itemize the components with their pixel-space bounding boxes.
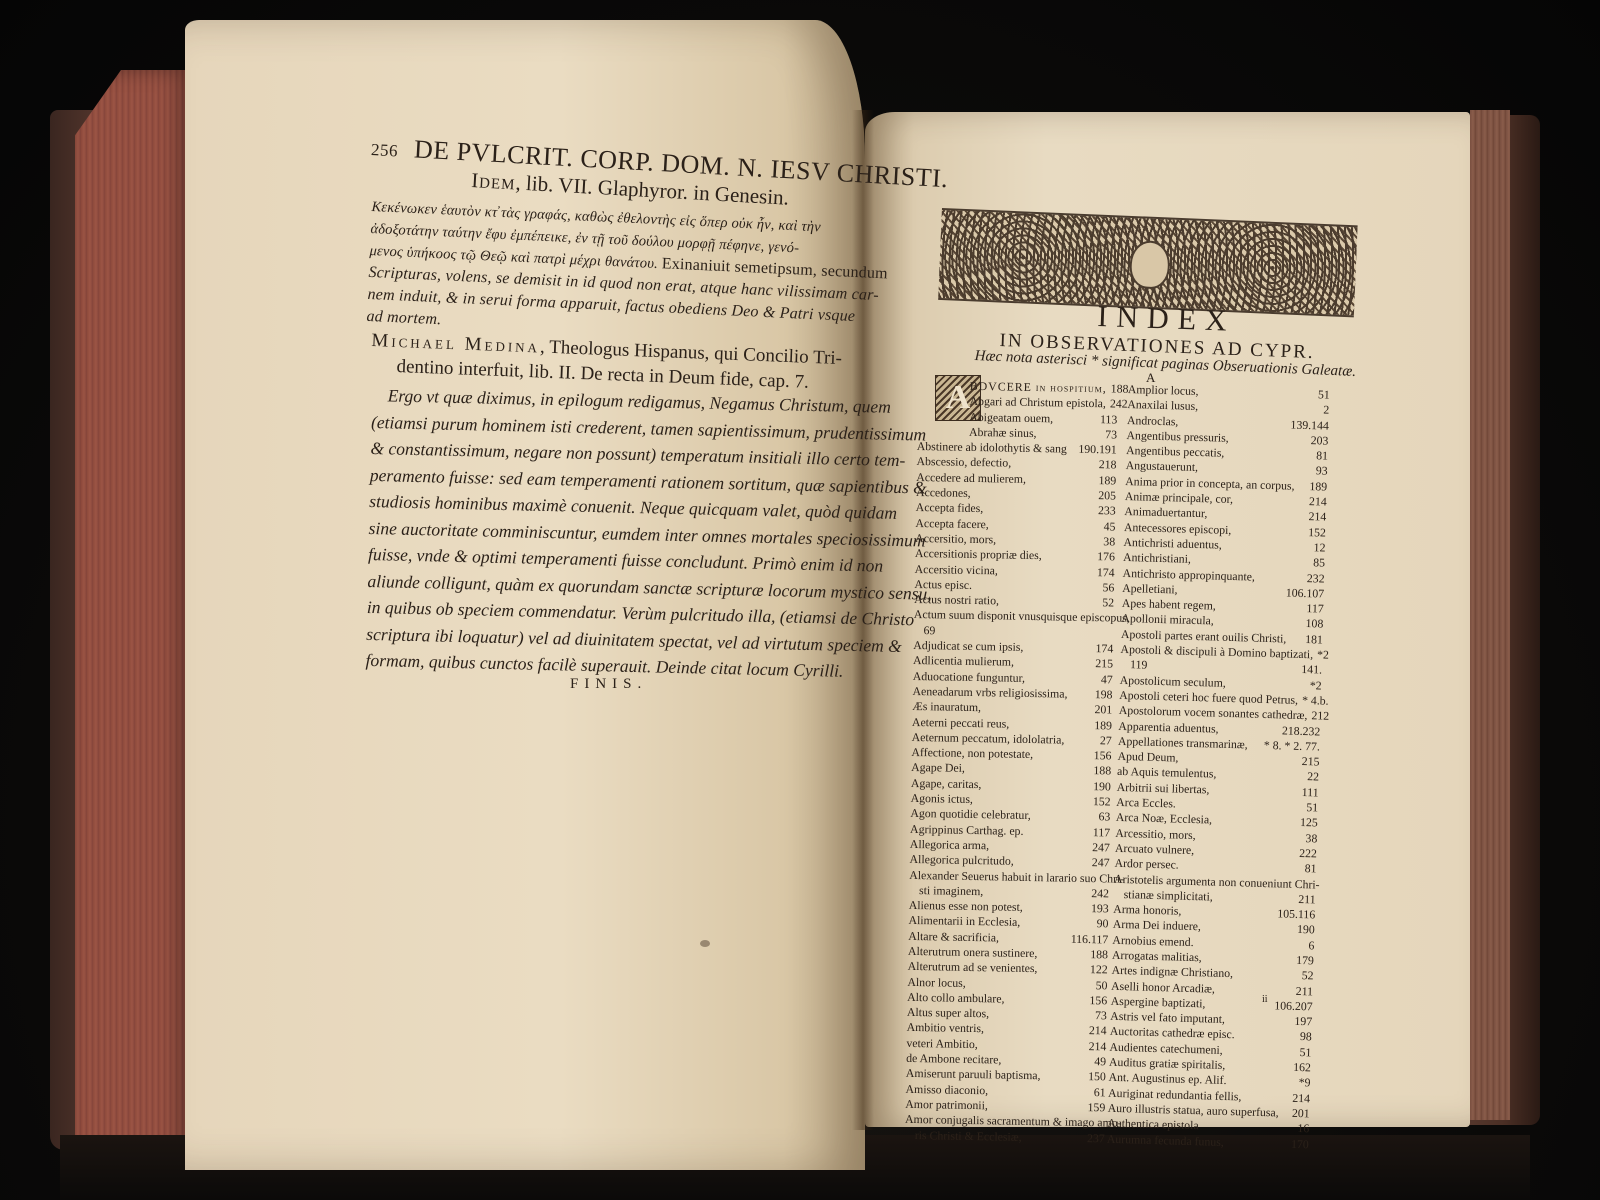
- index-page-ref: 218.232: [1278, 723, 1321, 739]
- index-term: Alto collo ambulare,: [907, 990, 1005, 1007]
- index-page-ref: 117: [1089, 825, 1111, 841]
- index-page-ref: 212: [1307, 708, 1329, 724]
- index-page-ref: 73: [1091, 1008, 1107, 1024]
- index-page-ref: 189: [1090, 718, 1112, 734]
- index-page-ref: 215: [1298, 754, 1320, 770]
- index-page-ref: 6: [1304, 938, 1314, 954]
- index-page-ref: 105.116: [1273, 906, 1315, 922]
- paper-stain: [700, 940, 710, 947]
- index-page-ref: 218: [1095, 458, 1117, 474]
- index-page-ref: 12: [1309, 540, 1325, 556]
- index-page-ref: 81: [1300, 861, 1316, 877]
- index-page-ref: 152: [1089, 794, 1111, 810]
- index-term: veteri Ambitio,: [906, 1036, 978, 1053]
- index-page-ref: 232: [1303, 571, 1325, 587]
- index-page-ref: 205: [1094, 488, 1116, 504]
- index-page-ref: 190.191: [1074, 442, 1117, 458]
- index-page-ref: 38: [1099, 534, 1115, 550]
- index-page-ref: 117: [1302, 601, 1324, 617]
- index-term: Androclas,: [1127, 413, 1179, 430]
- index-page-ref: 51: [1295, 1045, 1311, 1061]
- index-page-ref: 174: [1091, 641, 1113, 657]
- index-term: Arca Eccles.: [1116, 795, 1176, 812]
- index-page-ref: 113: [1096, 412, 1118, 428]
- index-page-ref: 139.144: [1286, 417, 1329, 433]
- index-page-ref: 188: [1107, 381, 1129, 397]
- index-term: Amisso diaconio,: [905, 1082, 988, 1099]
- index-page-ref: 81: [1312, 448, 1328, 464]
- index-page-ref: 90: [1093, 917, 1109, 933]
- page-edges-right: [1470, 110, 1510, 1120]
- index-page-ref: *2: [1306, 678, 1322, 694]
- index-term: Adlicentia mulierum,: [913, 653, 1014, 670]
- index-page-ref: 222: [1295, 846, 1317, 862]
- index-term: Apud Deum,: [1117, 749, 1178, 766]
- index-term: Ambitio ventris,: [907, 1020, 985, 1037]
- index-page-ref: 190: [1089, 779, 1111, 795]
- index-page-ref: 189: [1305, 479, 1327, 495]
- page-edges-left: [75, 70, 190, 1160]
- index-page-ref: 233: [1094, 503, 1116, 519]
- index-page-ref: 179: [1292, 953, 1314, 969]
- index-page-ref: 247: [1088, 855, 1110, 871]
- index-term: Alnor locus,: [907, 974, 966, 990]
- index-page-ref: 215: [1091, 656, 1113, 672]
- index-page-ref: 106.207: [1270, 998, 1313, 1014]
- index-page-ref: 176: [1093, 549, 1115, 565]
- index-page-ref: 159: [1083, 1100, 1105, 1116]
- index-term: 69: [913, 623, 935, 639]
- index-term: Accepta facere,: [915, 516, 989, 533]
- index-page-ref: [1319, 877, 1323, 892]
- index-term: Accersitio vicina,: [915, 562, 998, 579]
- index-page-ref: 193: [1087, 901, 1109, 917]
- index-column-left: BDVCERE in hospitium,188Abgari ad Christ…: [905, 378, 1118, 1146]
- index-page-ref: 106.107: [1282, 585, 1325, 601]
- index-page-ref: 247: [1088, 840, 1110, 856]
- index-page-ref: 189: [1094, 473, 1116, 489]
- index-page-ref: 242: [1106, 397, 1128, 413]
- index-term: Abscessio, defectio,: [916, 454, 1011, 471]
- page-number: 256: [370, 140, 398, 160]
- index-page-ref: 116.117: [1067, 931, 1109, 947]
- index-page-ref: 51: [1302, 800, 1318, 816]
- greek-passage: Κεκένωκεν ἑαυτὸν κτ̓ τὰς γραφάς, καθὼς ἐ…: [366, 196, 822, 348]
- ergo-passage: Ergo vt quæ diximus, in epilogum redigam…: [365, 382, 821, 684]
- index-page-ref: 162: [1289, 1060, 1311, 1076]
- index-term: sti imaginem,: [909, 883, 983, 900]
- index-page-ref: 201: [1090, 702, 1112, 718]
- index-term: Agonis ictus,: [911, 791, 974, 807]
- index-page-ref: * 4.b.: [1298, 693, 1329, 709]
- index-term: Ardor persec.: [1114, 856, 1179, 873]
- index-page-ref: 188: [1089, 763, 1111, 779]
- index-page-ref: 150: [1084, 1069, 1106, 1085]
- index-term: ris Christi & Ecclesiæ,: [905, 1127, 1022, 1144]
- index-page-ref: 188: [1086, 947, 1108, 963]
- index-term: Actus nostri ratio,: [914, 592, 999, 609]
- index-page-ref: 56: [1098, 580, 1114, 596]
- index-page-ref: 170: [1287, 1136, 1309, 1152]
- index-page-ref: 52: [1297, 968, 1313, 984]
- index-term: Agape, caritas,: [911, 776, 982, 793]
- index-page-ref: 214: [1304, 509, 1326, 525]
- index-page-ref: 45: [1100, 519, 1116, 535]
- index-term: Aurumna fecunda funus,: [1107, 1131, 1224, 1150]
- index-page-ref: 49: [1090, 1054, 1106, 1070]
- index-page-ref: 22: [1303, 769, 1319, 785]
- index-page-ref: 73: [1101, 427, 1117, 443]
- index-page-ref: 61: [1090, 1085, 1106, 1101]
- index-page-ref: 214: [1085, 1039, 1107, 1055]
- index-page-ref: 211: [1294, 892, 1316, 908]
- headpiece-face-icon: [1129, 240, 1171, 290]
- index-page-ref: 214: [1085, 1023, 1107, 1039]
- subhead-author: Idem: [471, 168, 517, 194]
- index-page-ref: 181: [1301, 632, 1323, 648]
- index-page-ref: [1109, 626, 1113, 641]
- index-term: Accepta fides,: [916, 500, 984, 516]
- index-term: Aeterni peccati reus,: [912, 714, 1010, 731]
- index-title: INDEX: [1097, 300, 1236, 339]
- index-term: Æs inauratum,: [912, 699, 981, 715]
- index-page-ref: 122: [1086, 962, 1108, 978]
- index-page-ref: 108: [1301, 616, 1323, 632]
- index-page-ref: 125: [1296, 815, 1318, 831]
- index-page-ref: 214: [1305, 494, 1327, 510]
- index-page-ref: 141.: [1297, 662, 1322, 678]
- index-page-ref: 214: [1288, 1090, 1310, 1106]
- index-page-ref: 50: [1091, 978, 1107, 994]
- index-page-ref: 211: [1292, 983, 1314, 999]
- index-page-ref: 111: [1298, 785, 1319, 801]
- index-page-ref: 85: [1309, 555, 1325, 571]
- index-page-ref: 52: [1098, 595, 1114, 611]
- index-page-ref: * 8. * 2. 77.: [1260, 738, 1320, 755]
- index-term: Accersitio, mors,: [915, 531, 996, 548]
- index-page-ref: 203: [1307, 433, 1329, 449]
- index-column-right: Amplior locus,51Anaxilai lusus,2Androcla…: [1107, 382, 1330, 1152]
- index-term: Allegorica pulcritudo,: [909, 852, 1013, 869]
- index-page-ref: 16: [1293, 1121, 1309, 1137]
- index-page-ref: 190: [1293, 922, 1315, 938]
- index-page-ref: 47: [1097, 672, 1113, 688]
- index-page-ref: 174: [1093, 565, 1115, 581]
- index-page-ref: 201: [1288, 1106, 1310, 1122]
- index-term: Allegorica arma,: [910, 837, 990, 854]
- index-term: Altus super altos,: [907, 1005, 990, 1022]
- index-term: de Ambone recitare,: [906, 1051, 1002, 1068]
- finis-mark: FINIS.: [570, 676, 647, 693]
- index-page-ref: 152: [1304, 525, 1326, 541]
- index-term: Accedones,: [916, 485, 971, 501]
- signature-mark: ii: [1262, 994, 1268, 1005]
- index-page-ref: 242: [1087, 886, 1109, 902]
- index-page-ref: 38: [1301, 831, 1317, 847]
- index-page-ref: 197: [1290, 1014, 1312, 1030]
- index-term: Actus episc.: [914, 577, 972, 593]
- index-page-ref: 198: [1091, 687, 1113, 703]
- index-page-ref: 237: [1083, 1131, 1105, 1147]
- index-page-ref: 27: [1096, 733, 1112, 749]
- index-term: Amor patrimonii,: [905, 1097, 988, 1114]
- index-page-ref: 63: [1094, 809, 1110, 825]
- index-page-ref: 156: [1090, 748, 1112, 764]
- index-term: Apelletiani,: [1122, 581, 1178, 598]
- index-page-ref: *2: [1313, 647, 1329, 663]
- index-term: Agape Dei,: [911, 760, 965, 776]
- index-page-ref: 51: [1314, 387, 1330, 403]
- index-page-ref: 2: [1319, 403, 1329, 419]
- index-page-ref: *9: [1294, 1075, 1310, 1091]
- index-page-ref: 93: [1312, 464, 1328, 480]
- index-page-ref: 156: [1085, 993, 1107, 1009]
- index-term: 119: [1120, 657, 1148, 673]
- index-term: Altare & sacrificia,: [908, 929, 999, 946]
- index-page-ref: 98: [1296, 1029, 1312, 1045]
